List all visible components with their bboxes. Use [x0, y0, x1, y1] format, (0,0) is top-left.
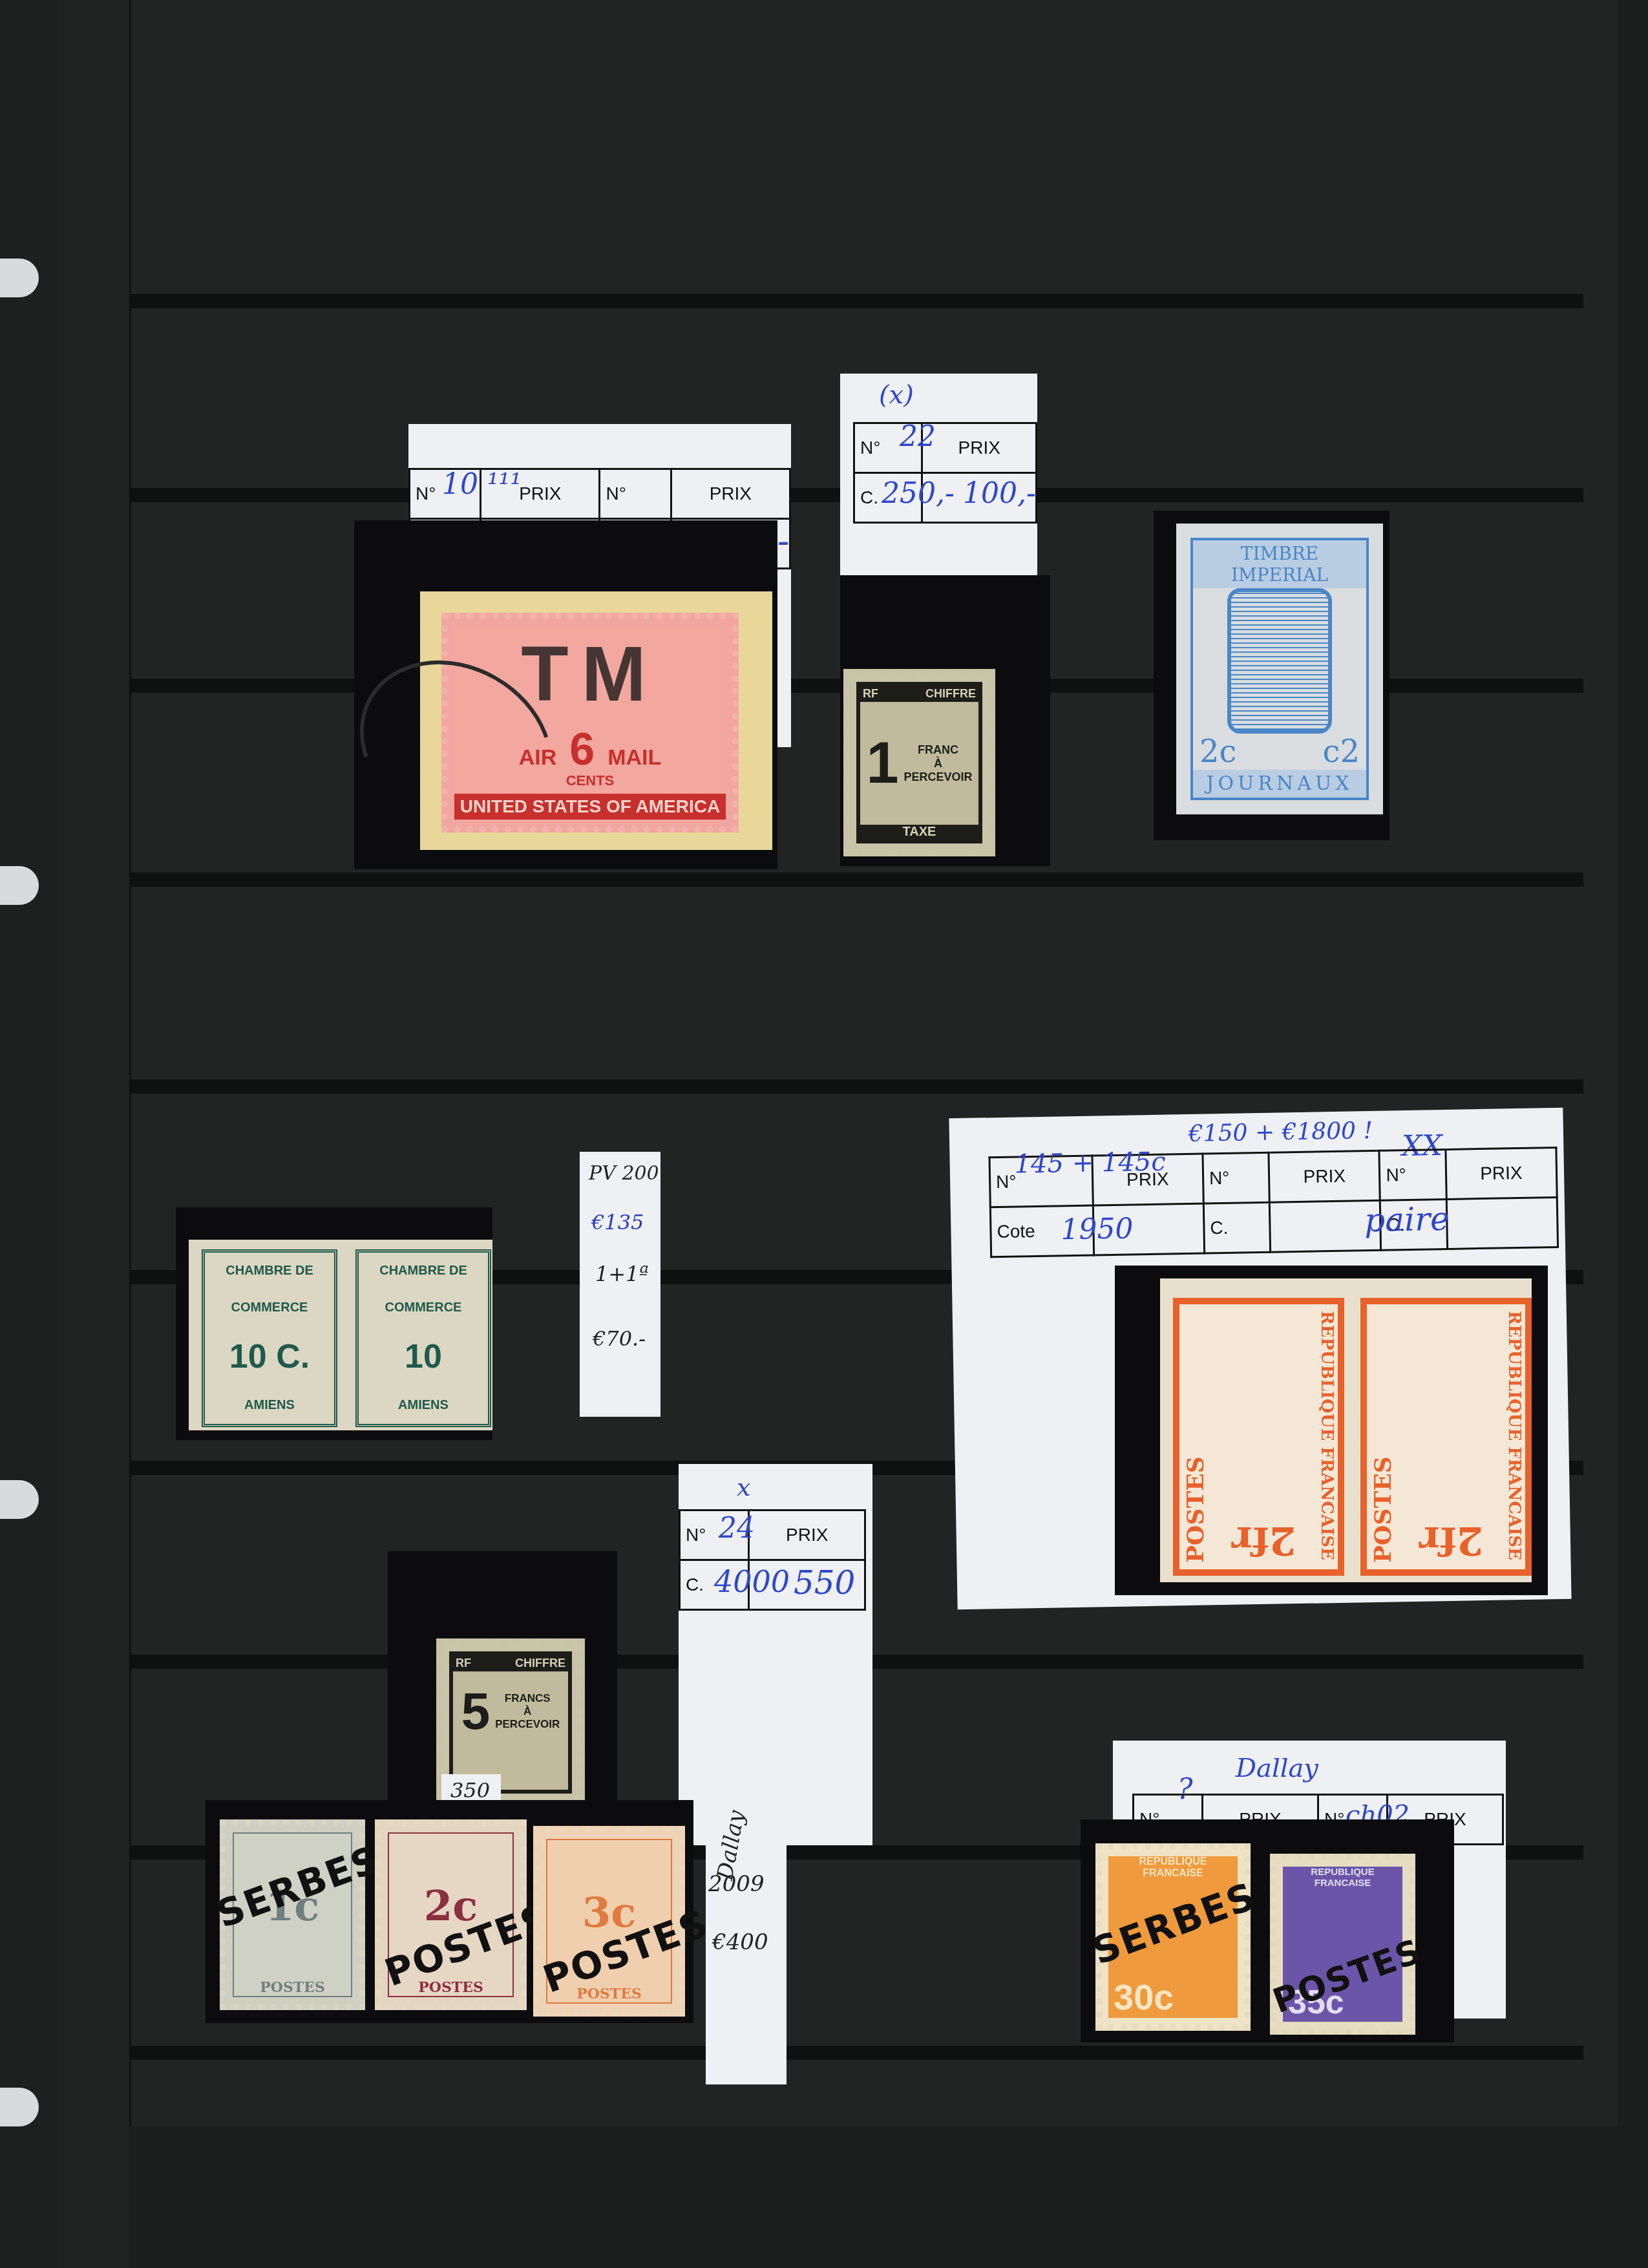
a-text: À: [495, 1705, 560, 1718]
postes-text: POSTES: [1367, 1304, 1399, 1569]
note-line: €400: [712, 1929, 768, 1955]
stamp-blanc-1c[interactable]: 1c POSTES SERBES: [220, 1819, 365, 2010]
prix2-label: PRIX: [1303, 1166, 1346, 1187]
stamp-value: 2fr: [1419, 1518, 1483, 1563]
binder-ring: [0, 1480, 39, 1519]
prix-header: PRIX: [749, 1510, 865, 1560]
taxe-band: TAXE: [860, 825, 978, 840]
prix3-label: PRIX: [1480, 1163, 1523, 1183]
prix2-header: PRIX: [671, 469, 790, 519]
commerce-text: COMMERCE: [231, 1300, 308, 1315]
no2-cell: N°: [600, 469, 671, 519]
timbre-imperial-text: TIMBRE IMPERIAL: [1193, 540, 1366, 588]
binder-ring: [0, 2088, 39, 2126]
no2-label: N°: [1209, 1168, 1230, 1189]
republique-text: REPUBLIQUE FRANCAISE: [1503, 1304, 1525, 1569]
chambre-text: CHAMBRE DE: [226, 1264, 313, 1278]
chiffre-text: CHIFFRE: [515, 1657, 565, 1670]
c2-label: C.: [1210, 1218, 1229, 1238]
price-value: 100,-: [963, 477, 1036, 510]
album-spine: [0, 0, 57, 2268]
blank-cell: [1446, 1197, 1558, 1249]
republique-text: REPUBLIQUE FRANCAISE: [1283, 1867, 1402, 1889]
journaux-text: JOURNAUX: [1193, 770, 1366, 798]
commerce-text: COMMERCE: [385, 1300, 462, 1315]
cote-note: €150 + €1800 !: [1188, 1118, 1373, 1147]
chambre-text: CHAMBRE DE: [379, 1264, 467, 1278]
value-row: 2c c2: [1193, 734, 1366, 770]
prix-label: PRIX: [519, 483, 561, 503]
note-strip-dallay: Dallay 2009 €400: [706, 1807, 787, 2084]
stamp-sower-35c[interactable]: REPUBLIQUE FRANCAISE 35c POSTES: [1270, 1854, 1415, 2035]
stamp-journaux[interactable]: TIMBRE IMPERIAL 2c c2 JOURNAUX: [1176, 524, 1383, 814]
catalog-number: 10 ¹¹¹: [442, 468, 522, 501]
stamp-blanc-2c[interactable]: 2c POSTES POSTES: [375, 1819, 527, 2010]
catalog-number: 22: [900, 420, 936, 453]
binder-ring: [0, 259, 39, 297]
percevoir-text: PERCEVOIR: [904, 770, 973, 784]
francs-text: FRANCS: [495, 1692, 560, 1705]
note-strip-amiens: PV 200 €135 1+1ª €70.-: [580, 1152, 660, 1417]
pocket-strip: [129, 294, 1583, 308]
postes-text: POSTES: [260, 1979, 325, 1996]
no3-cell: N°: [1379, 1149, 1446, 1200]
prix2-label: PRIX: [710, 483, 752, 503]
stamp-amiens-1[interactable]: CHAMBRE DE COMMERCE 10 C. AMIENS: [202, 1249, 337, 1427]
c-label: C.: [860, 487, 878, 507]
prix3-header: PRIX: [1446, 1147, 1558, 1199]
stamp-value: 30c: [1114, 1976, 1174, 2018]
catalog-value: 4000: [714, 1564, 790, 1599]
catalog-value: 250,-: [882, 477, 955, 510]
c2-cell: C.: [1203, 1202, 1271, 1253]
stamp-merson-1[interactable]: POSTES 2fr REPUBLIQUE FRANCAISE: [1173, 1298, 1344, 1576]
note-line: €70.-: [593, 1326, 646, 1351]
stamp-value: 1: [866, 730, 898, 797]
amiens-text: AMIENS: [398, 1398, 449, 1413]
eagle-crest-icon: [1227, 588, 1332, 734]
page-margin: [57, 0, 129, 2268]
top-band: RFCHIFFRE: [453, 1655, 568, 1671]
chiffre-text: CHIFFRE: [925, 687, 976, 701]
percevoir-text: PERCEVOIR: [495, 1718, 560, 1731]
pocket-strip: [129, 2046, 1583, 2060]
note-line: €135: [591, 1210, 644, 1235]
prix-label: PRIX: [958, 438, 1000, 458]
pocket-strip: [129, 873, 1583, 887]
prix-label: PRIX: [786, 1525, 828, 1545]
no-label: N°: [860, 438, 880, 458]
note-line: 2009: [708, 1871, 765, 1897]
condition-note: x: [737, 1473, 750, 1501]
postes-text: POSTES: [1179, 1304, 1212, 1569]
republique-text: REPUBLIQUE FRANCAISE: [1316, 1304, 1338, 1569]
prix2-header: PRIX: [1269, 1150, 1380, 1202]
condition-note: (x): [879, 380, 914, 410]
value-words: FRANC À PERCEVOIR: [904, 743, 973, 784]
rf-text: RF: [456, 1657, 471, 1670]
no-label: N°: [686, 1525, 706, 1545]
prix-header: PRIX: [922, 423, 1037, 473]
stamp-value: 5: [461, 1682, 491, 1741]
stamp-taxe-1f[interactable]: RFCHIFFRE 1 FRANC À PERCEVOIR TAXE: [843, 669, 995, 856]
catalog-number: 145 + 145c: [1014, 1147, 1166, 1180]
binder-ring: [0, 866, 39, 905]
stamp-value: 6: [569, 723, 595, 775]
franc-text: FRANC: [904, 743, 973, 757]
mail-text: MAIL: [607, 745, 661, 770]
no-label: N°: [996, 1172, 1017, 1192]
catalog-note: Dallay: [1236, 1754, 1318, 1783]
c-label: C.: [686, 1574, 704, 1595]
price-value: 550: [794, 1564, 855, 1602]
stamp-value: 2fr: [1232, 1518, 1296, 1563]
price-card-taxe-5f: x N° PRIX C. 24 4000 550: [679, 1464, 872, 1845]
amiens-text: AMIENS: [244, 1398, 295, 1413]
republique-text: REPUBLIQUE FRANCAISE: [1108, 1856, 1238, 1880]
stamp-pair-merson[interactable]: POSTES 2fr REPUBLIQUE FRANCAISE POSTES 2…: [1160, 1278, 1532, 1582]
stamp-value: 10: [405, 1337, 442, 1376]
value-right: c2: [1323, 734, 1360, 770]
note-line: PV 200: [589, 1162, 659, 1185]
stamp-sower-30c[interactable]: REPUBLIQUE FRANCAISE 30c SERBES: [1095, 1843, 1251, 2031]
overprint: TM: [521, 630, 659, 719]
cote-label: Cote: [997, 1221, 1035, 1242]
rf-text: RF: [863, 687, 878, 701]
stamp-value: 10 C.: [229, 1337, 310, 1376]
no3-label: N°: [1386, 1165, 1406, 1185]
stamp-merson-2[interactable]: POSTES 2fr REPUBLIQUE FRANCAISE: [1360, 1298, 1532, 1576]
pair-note: paire: [1364, 1200, 1450, 1239]
no-label: N°: [416, 483, 436, 503]
value-words: FRANCS À PERCEVOIR: [495, 1692, 560, 1731]
a-text: À: [904, 757, 973, 770]
stamp-pair-amiens[interactable]: CHAMBRE DE COMMERCE 10 C. AMIENS CHAMBRE…: [189, 1240, 492, 1430]
stamp-frame: TIMBRE IMPERIAL 2c c2 JOURNAUX: [1190, 538, 1369, 800]
note-line: 1+1ª: [595, 1262, 649, 1286]
top-band: RFCHIFFRE: [860, 686, 978, 702]
value-left: 2c: [1199, 734, 1236, 770]
tag-value: 350: [450, 1778, 490, 1803]
pocket-strip: [129, 1079, 1583, 1094]
stamp-blanc-3c[interactable]: 3c POSTES POSTES: [533, 1826, 685, 2017]
no2-cell: N°: [1203, 1152, 1270, 1203]
cents-text: CENTS: [566, 772, 615, 789]
catalog-number: 24: [719, 1512, 755, 1545]
stamp-amiens-2[interactable]: CHAMBRE DE COMMERCE 10 AMIENS: [355, 1249, 491, 1427]
no2-label: N°: [606, 483, 626, 503]
cote-value: 1950: [1061, 1212, 1134, 1246]
value-block: 1 FRANC À PERCEVOIR: [866, 730, 972, 797]
value-block: 5 FRANCS À PERCEVOIR: [461, 1682, 560, 1741]
